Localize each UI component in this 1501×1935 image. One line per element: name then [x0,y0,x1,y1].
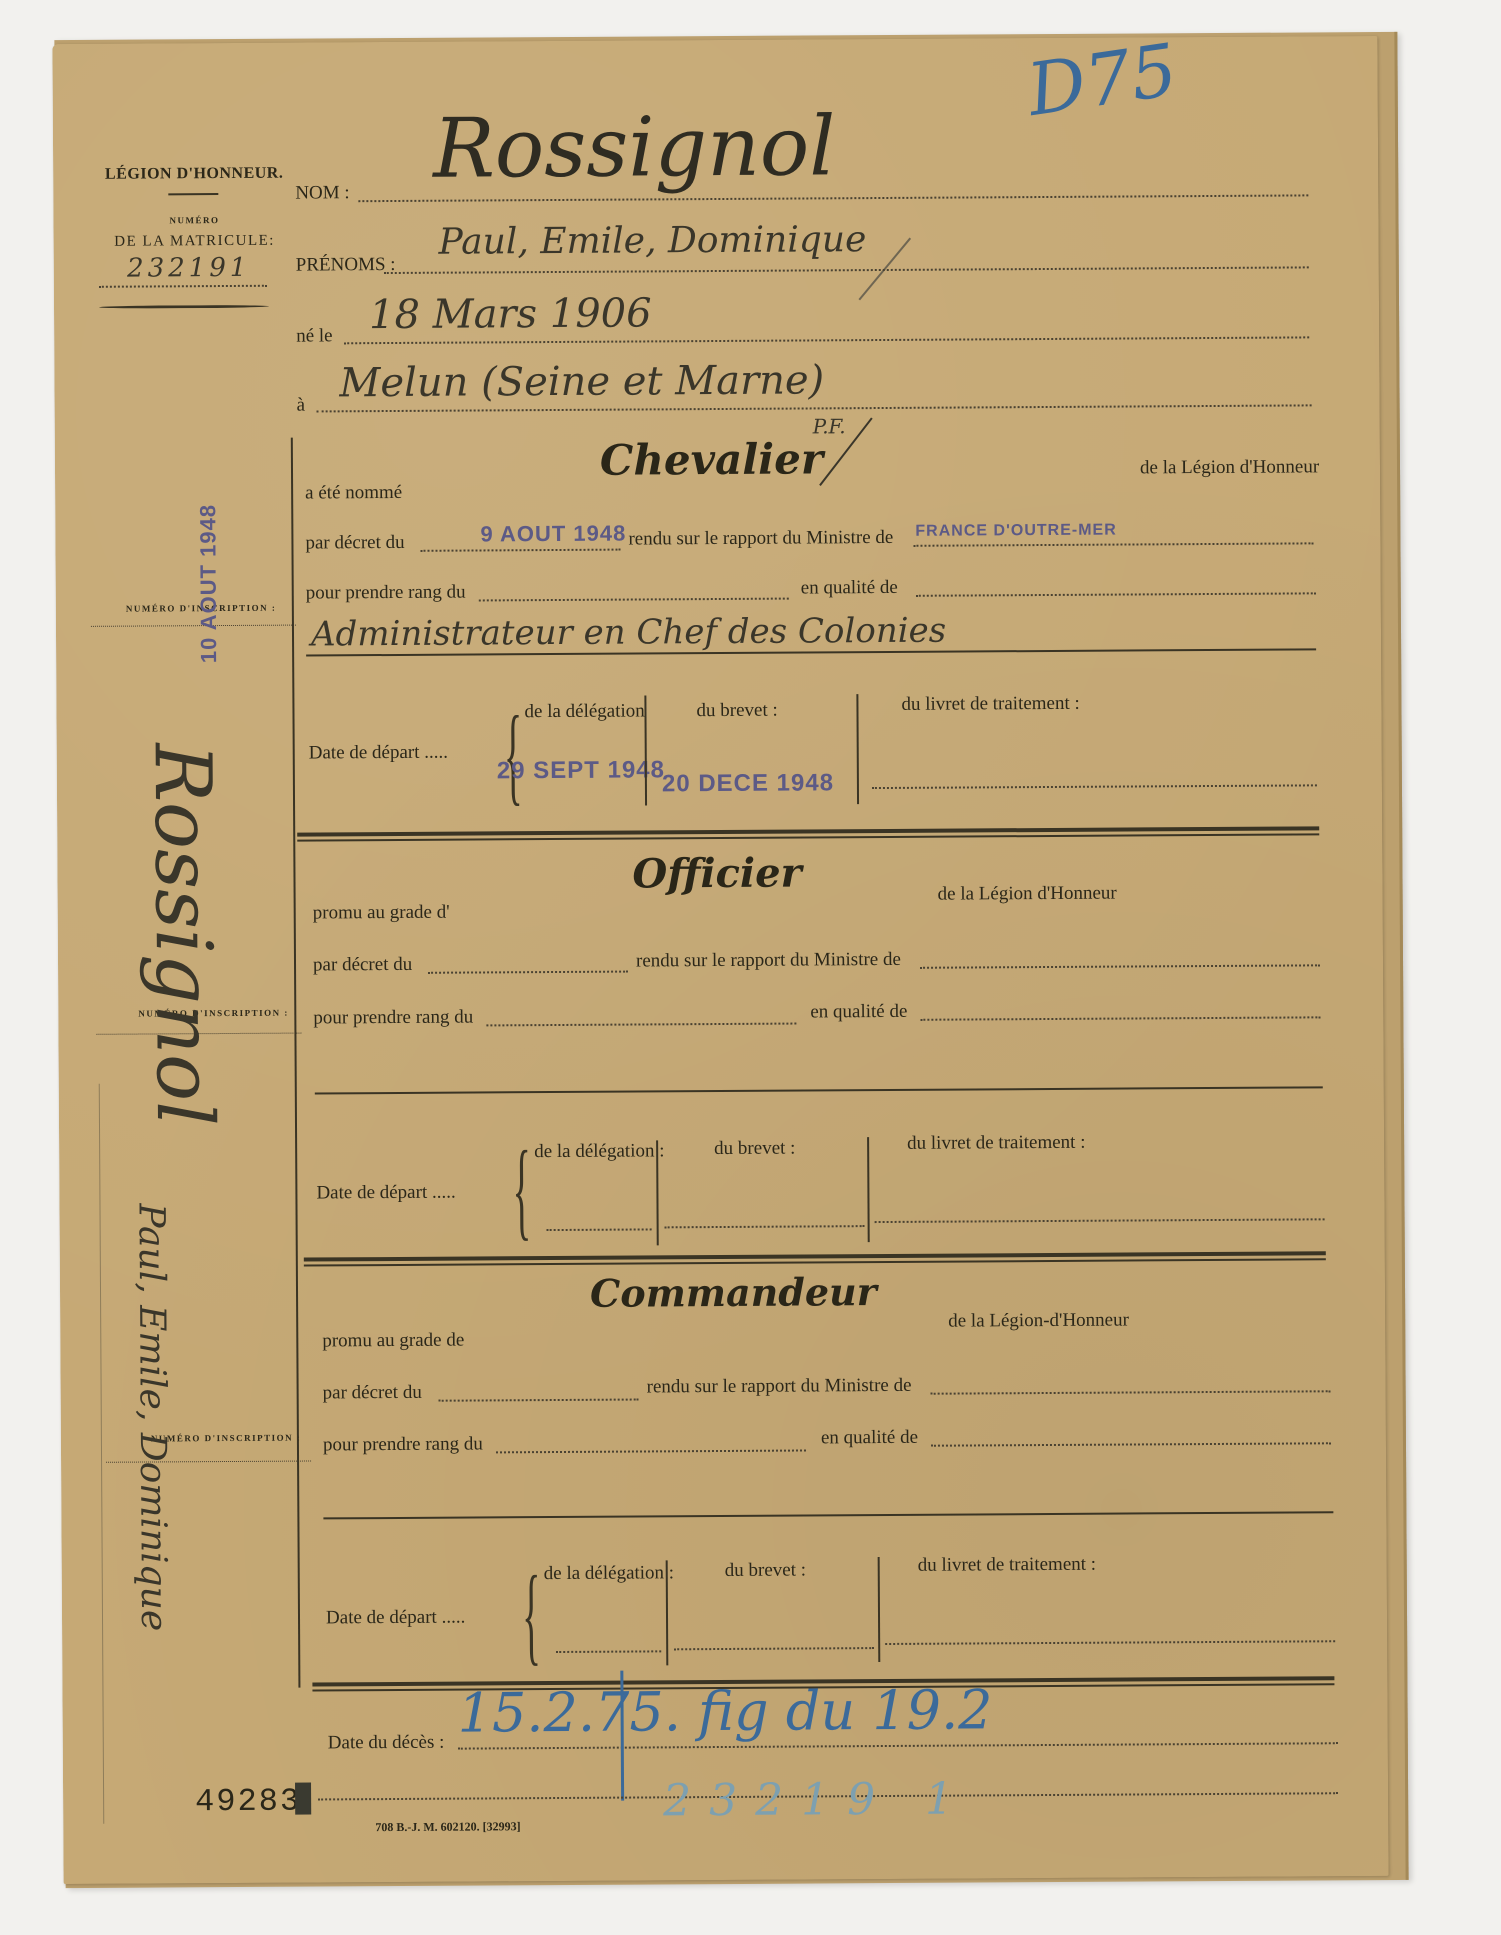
officier-qualite-dotline [920,1016,1320,1020]
chevalier-qualite-dotline [916,592,1316,596]
chevalier-decret-label: par décret du [305,532,404,555]
chevalier-suffix: de la Légion d'Honneur [1140,456,1319,479]
chevalier-col-divider-2 [856,694,859,804]
lieu-value: Melun (Seine et Marne) [339,357,824,406]
commandeur-delegation-label: de la délégation : [544,1562,674,1585]
chevalier-qualite-value: Administrateur en Chef des Colonies [311,611,946,655]
inscription-date-stamp: 10 AOUT 1948 [195,463,222,663]
officier-qualite-label: en qualité de [810,1001,907,1024]
officier-section-divider [304,1251,1326,1266]
commandeur-decret-dotline [439,1399,639,1402]
commandeur-qualite-line [323,1511,1333,1519]
ne-le-dotline [344,336,1309,344]
chevalier-delegation-stamp: 29 SEPT 1948 [497,756,665,785]
deces-label: Date du décès : [328,1732,445,1755]
a-label: à [297,395,306,417]
officier-col-divider-2 [867,1137,870,1242]
officier-ministre-dotline [920,964,1320,968]
deces-value: 15.2.75. fig du 19.2 [457,1678,992,1744]
chevalier-brevet-stamp: 20 DECE 1948 [662,769,834,798]
officier-rapport-label: rendu sur le rapport du Ministre de [636,949,901,973]
officier-brace: { [512,1126,531,1253]
chevalier-brevet-label: du brevet : [696,700,777,722]
officier-suffix: de la Légion d'Honneur [938,883,1117,906]
commandeur-livret-dotline [885,1640,1335,1645]
chevalier-brace: { [504,691,523,818]
commandeur-brevet-label: du brevet : [725,1559,806,1581]
officier-rang-dotline [486,1023,796,1027]
ne-le-label: né le [296,325,333,347]
title-rule [168,193,218,195]
chevalier-rang-dotline [479,598,789,602]
chevalier-ministre-stamp: FRANCE D'OUTRE-MER [915,522,1116,541]
prenoms-value: Paul, Emile, Dominique [438,219,866,263]
officier-decret-label: par décret du [313,954,412,977]
officier-depart-label: Date de départ ..... [316,1182,455,1205]
matricule-dotline [99,285,267,288]
commandeur-col-divider-2 [878,1557,881,1662]
prenoms-label: PRÉNOMS : [296,254,396,277]
registry-stamp-block [295,1783,311,1815]
commandeur-intro: promu au grade de [322,1330,464,1353]
officier-delegation-dotline [547,1228,652,1231]
officier-delegation-label: de la délégation : [534,1140,664,1163]
grade-chevalier: Chevalier [600,434,823,484]
officier-decret-dotline [428,971,628,974]
sidebar-signature-nom: Rossignol [137,743,229,1126]
file-code: D75 [1022,27,1182,132]
grade-officier: Officier [632,850,801,898]
matricule-label-2: DE LA MATRICULE: [100,233,290,251]
commandeur-decret-label: par décret du [323,1382,422,1405]
officier-livret-dotline [875,1218,1325,1223]
chevalier-rapport-label: rendu sur le rapport du Ministre de [628,527,893,551]
officier-rang-label: pour prendre rang du [313,1007,473,1030]
chevalier-livret-label: du livret de traitement : [901,693,1079,716]
sidebar-signature-prenoms: Paul, Emile, Dominique [130,1203,174,1631]
chevalier-decret-dotline [420,549,620,552]
officier-livret-label: du livret de traitement : [907,1132,1085,1155]
commandeur-suffix: de la Légion-d'Honneur [948,1310,1129,1333]
prenoms-dotline [384,266,1309,274]
commandeur-rang-label: pour prendre rang du [323,1433,483,1456]
ne-le-value: 18 Mars 1906 [369,290,652,338]
registry-number: 49283 [195,1783,301,1821]
matricule-repeat: 23219 1 [663,1773,971,1826]
commandeur-delegation-dotline [556,1650,661,1653]
commandeur-livret-label: du livret de traitement : [918,1554,1096,1577]
commandeur-rapport-label: rendu sur le rapport du Ministre de [647,1375,912,1399]
matricule-flourish [99,305,269,309]
matricule-value: 232191 [114,253,264,284]
sidebar-fold-line [99,1084,105,1824]
printer-mark: 708 B.-J. M. 602120. [32993] [375,1819,520,1835]
chevalier-decret-stamp: 9 AOUT 1948 [480,521,626,548]
inscription-dotline-1 [91,625,296,627]
inscription-label-3: NUMÉRO D'INSCRIPTION : [151,1433,302,1444]
chevalier-col-divider-1 [644,695,647,805]
chevalier-intro: a été nommé [305,482,402,505]
chevalier-qualite-label: en qualité de [801,577,898,600]
grade-commandeur: Commandeur [590,1269,877,1316]
officier-brevet-dotline [665,1225,865,1228]
commandeur-brace: { [522,1551,541,1678]
grade-annotation: P.F. [813,414,846,438]
chevalier-livret-dotline [872,784,1317,789]
chevalier-section-divider [297,826,1319,841]
officier-intro: promu au grade d' [313,902,450,925]
commandeur-rang-dotline [496,1449,806,1453]
legion-honneur-record-card: LÉGION D'HONNEUR. NUMÉRO DE LA MATRICULE… [52,36,1388,1884]
commandeur-depart-label: Date de départ ..... [326,1607,465,1630]
chevalier-delegation-label: de la délégation [524,700,644,723]
officier-brevet-label: du brevet : [714,1138,795,1160]
officier-qualite-line [315,1086,1323,1094]
commandeur-brevet-dotline [674,1647,874,1650]
chevalier-ministre-dotline [913,542,1313,546]
lieu-dotline [317,404,1312,412]
nom-label: NOM : [295,182,350,204]
commandeur-qualite-label: en qualité de [821,1427,918,1450]
org-title: LÉGION D'HONNEUR. [99,165,289,184]
commandeur-qualite-dotline [931,1442,1331,1446]
matricule-label-1: NUMÉRO [99,215,289,226]
chevalier-rang-label: pour prendre rang du [306,582,466,605]
nom-value: Rossignol [433,99,836,196]
chevalier-depart-label: Date de départ ..... [309,742,448,765]
commandeur-ministre-dotline [931,1390,1331,1394]
